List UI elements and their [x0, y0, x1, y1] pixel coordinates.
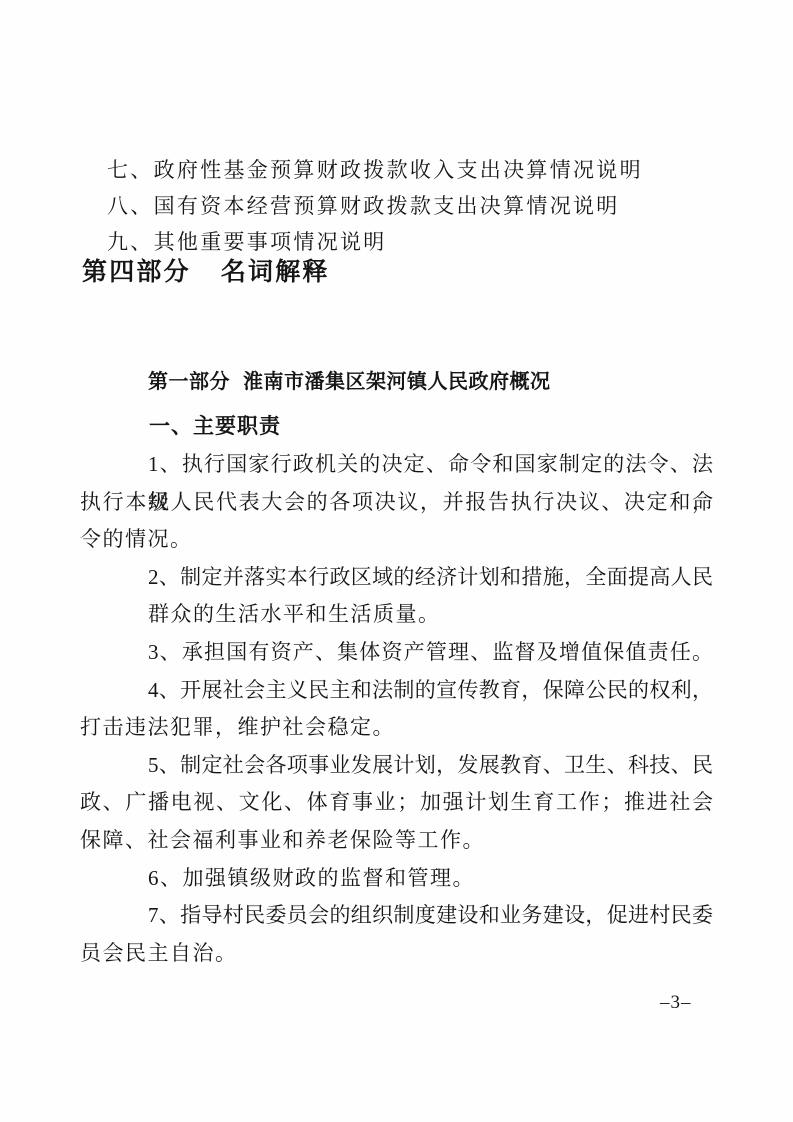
section-one-label: 第一部分 — [148, 371, 230, 393]
body-line: 群众的生活水平和生活质量。 — [80, 596, 713, 634]
body-line: 3、承担国有资产、集体资产管理、监督及增值保值责任。 — [80, 634, 713, 672]
part-four-title: 名词解释 — [221, 258, 330, 286]
body-line: 6、加强镇级财政的监督和管理。 — [80, 860, 713, 898]
body-line: 保障、社会福利事业和养老保险等工作。 — [80, 822, 713, 860]
table-of-contents: 七、政府性基金预算财政拨款收入支出决算情况说明 八、国有资本经营预算财政拨款支出… — [107, 152, 643, 260]
page-number: –3– — [660, 992, 692, 1014]
body-line: 员会民主自治。 — [80, 935, 713, 973]
body-line: 政、广播电视、文化、体育事业；加强计划生育工作；推进社会 — [80, 784, 713, 822]
document-page: 七、政府性基金预算财政拨款收入支出决算情况说明 八、国有资本经营预算财政拨款支出… — [0, 0, 793, 1122]
document-body: 1、执行国家行政机关的决定、命令和国家制定的法令、法规， 执行本级人民代表大会的… — [80, 446, 713, 972]
body-line: 1、执行国家行政机关的决定、命令和国家制定的法令、法规， — [80, 446, 713, 484]
body-line: 打击违法犯罪，维护社会稳定。 — [80, 709, 713, 747]
body-line: 7、指导村民委员会的组织制度建设和业务建设，促进村民委 — [80, 897, 713, 935]
part-four-label: 第四部分 — [82, 258, 191, 286]
body-line: 5、制定社会各项事业发展计划，发展教育、卫生、科技、民 — [80, 747, 713, 785]
toc-item-seven: 七、政府性基金预算财政拨款收入支出决算情况说明 — [107, 152, 643, 188]
toc-part-four-heading: 第四部分名词解释 — [82, 252, 330, 288]
toc-item-eight: 八、国有资本经营预算财政拨款支出决算情况说明 — [107, 188, 643, 224]
body-line: 令的情况。 — [80, 521, 713, 559]
subsection-main-duties-heading: 一、主要职责 — [149, 410, 281, 440]
body-line: 执行本级人民代表大会的各项决议，并报告执行决议、决定和命 — [80, 484, 713, 522]
section-one-heading: 第一部分淮南市潘集区架河镇人民政府概况 — [148, 365, 551, 394]
body-line: 4、开展社会主义民主和法制的宣传教育，保障公民的权利， — [80, 672, 713, 710]
body-line: 2、制定并落实本行政区域的经济计划和措施，全面提高人民 — [80, 559, 713, 597]
section-one-title: 淮南市潘集区架河镇人民政府概况 — [243, 371, 551, 393]
